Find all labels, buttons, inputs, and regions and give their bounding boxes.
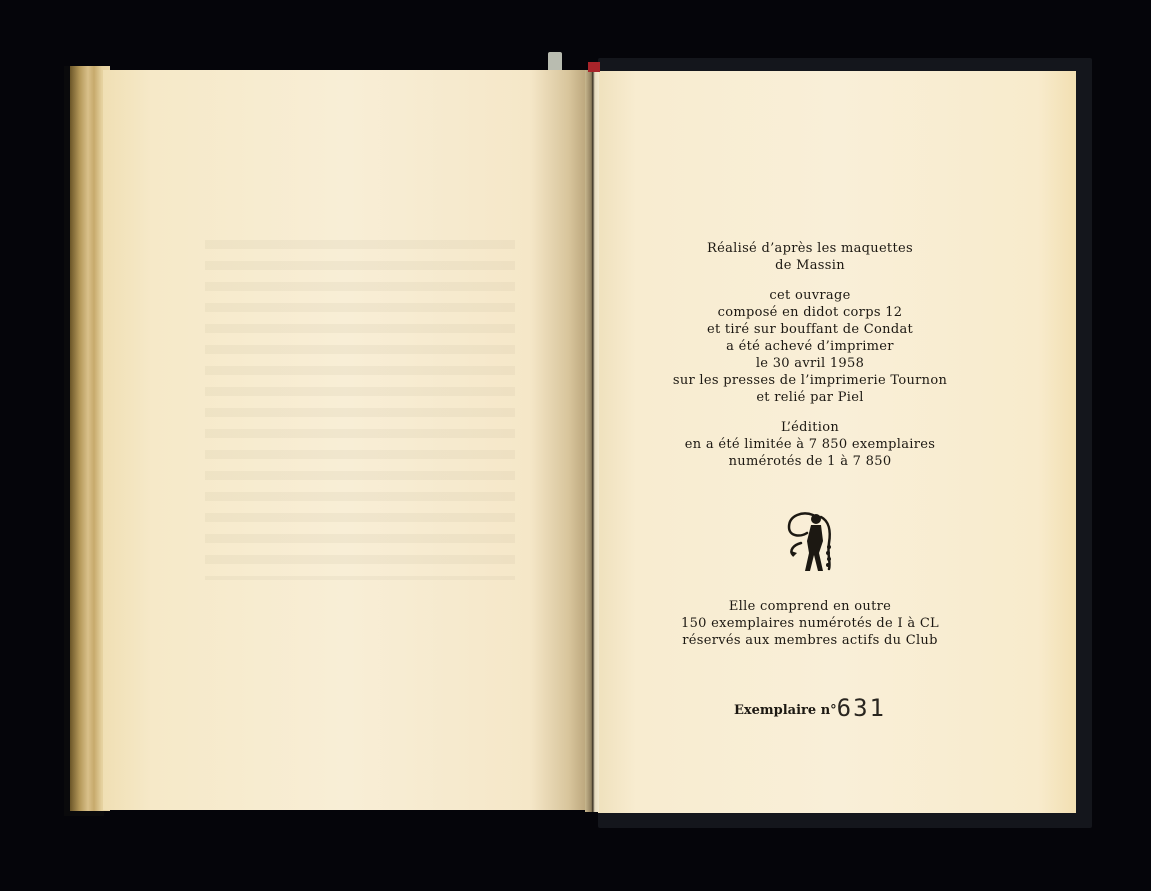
printing-line: a été achevé d’imprimer xyxy=(640,338,980,355)
edition-line: L’édition xyxy=(640,419,980,436)
copy-number-label: Exemplaire n° xyxy=(734,703,837,718)
members-block: Elle comprend en outre 150 exemplaires n… xyxy=(640,598,980,649)
printing-line: composé en didot corps 12 xyxy=(640,304,980,321)
printing-line: et tiré sur bouffant de Condat xyxy=(640,321,980,338)
members-line: Elle comprend en outre xyxy=(640,598,980,615)
credits-line: Réalisé d’après les maquettes xyxy=(640,240,980,257)
printer-mark-icon xyxy=(783,507,843,577)
printing-block: cet ouvrage composé en didot corps 12 et… xyxy=(640,287,980,406)
colophon: Réalisé d’après les maquettes de Massin … xyxy=(640,240,980,483)
edition-line: en a été limitée à 7 850 exemplaires xyxy=(640,436,980,453)
copy-number-stamp: 631 xyxy=(837,694,886,722)
ribbon-marker xyxy=(588,62,600,72)
credits-block: Réalisé d’après les maquettes de Massin xyxy=(640,240,980,274)
printing-line: cet ouvrage xyxy=(640,287,980,304)
edition-block: L’édition en a été limitée à 7 850 exemp… xyxy=(640,419,980,470)
book-gutter xyxy=(585,70,599,812)
printing-line: le 30 avril 1958 xyxy=(640,355,980,372)
members-line: réservés aux membres actifs du Club xyxy=(640,632,980,649)
edition-line: numérotés de 1 à 7 850 xyxy=(640,453,980,470)
printing-line: et relié par Piel xyxy=(640,389,980,406)
show-through-text xyxy=(205,240,515,580)
printing-line: sur les presses de l’imprimerie Tournon xyxy=(640,372,980,389)
members-line: 150 exemplaires numérotés de I à CL xyxy=(640,615,980,632)
credits-line: de Massin xyxy=(640,257,980,274)
copy-number: Exemplaire n°631 xyxy=(640,694,980,722)
